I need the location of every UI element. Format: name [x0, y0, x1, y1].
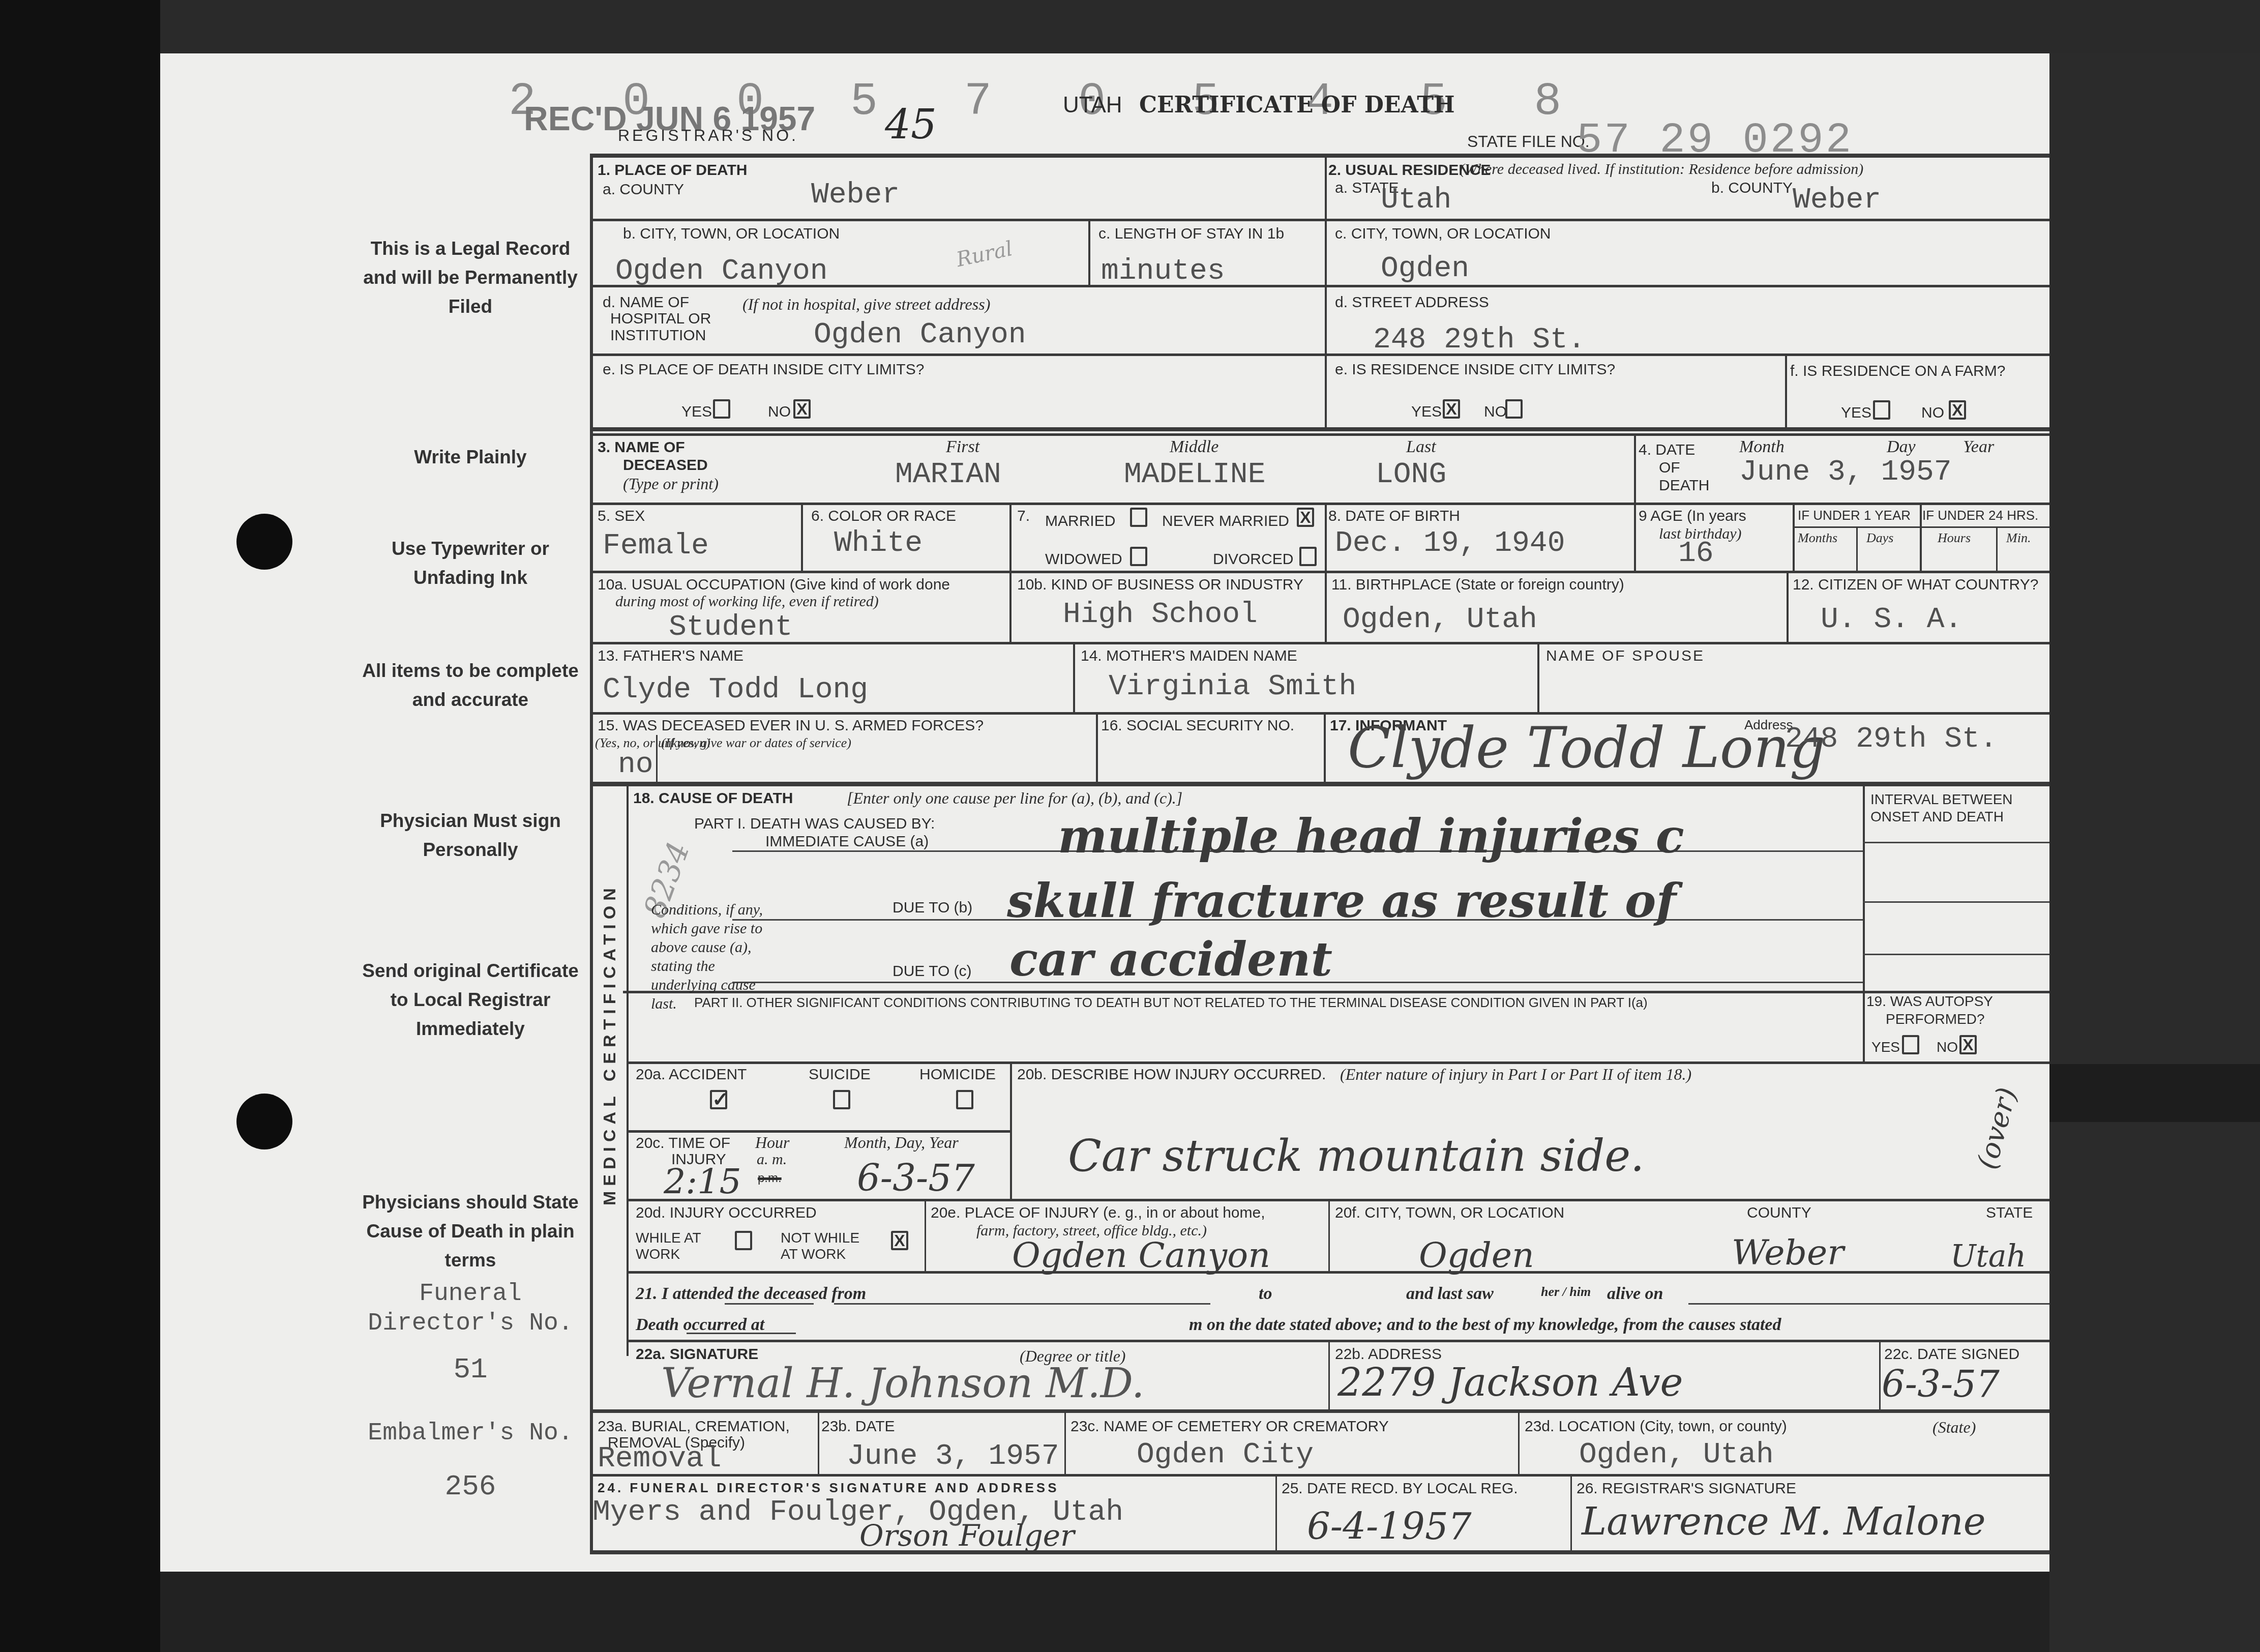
divider	[1325, 571, 1327, 642]
divider	[590, 712, 2049, 715]
middle-name-field[interactable]: MADELINE	[1124, 460, 1265, 490]
divider	[590, 353, 2049, 356]
residence-street-field[interactable]: 248 29th St.	[1373, 326, 1586, 355]
place-inside-city-yes-checkbox[interactable]	[713, 399, 730, 419]
no-label: NO	[768, 404, 791, 420]
hours-label: Hours	[1938, 532, 1971, 545]
occupation-label-2: during most of working life, even if ret…	[615, 594, 879, 609]
yes-label: YES	[681, 404, 712, 420]
cause-b-field[interactable]: skull fracture as result of	[1007, 877, 1676, 924]
race-field[interactable]: White	[834, 529, 923, 558]
informant-address-field[interactable]: 248 29th St.	[1785, 725, 1998, 754]
interval-label: INTERVAL BETWEEN ONSET AND DEATH	[1870, 791, 2043, 825]
hour-label: Hour	[755, 1134, 790, 1150]
farm-label: f. IS RESIDENCE ON A FARM?	[1790, 364, 2005, 379]
month-label: Month	[1739, 438, 1785, 456]
divider	[627, 1061, 2049, 1064]
date-recd-label: 25. DATE RECD. BY LOCAL REG.	[1282, 1481, 1518, 1496]
accident-checkbox[interactable]: ✓	[710, 1090, 727, 1109]
date-signed-label: 22c. DATE SIGNED	[1884, 1347, 2019, 1362]
describe-field[interactable]: Car struck mountain side.	[1068, 1134, 1644, 1178]
time-label-1: 20c. TIME OF	[636, 1136, 730, 1151]
institution-label-2: HOSPITAL OR	[610, 311, 711, 327]
document-title: CERTIFICATE OF DEATH	[1139, 94, 1454, 116]
marital-label: 7.	[1017, 509, 1030, 524]
married-checkbox[interactable]	[1130, 508, 1147, 527]
death-occurred-tail: m on the date stated above; and to the b…	[1189, 1316, 1781, 1334]
divider	[1793, 526, 2049, 528]
no-label: NO	[1484, 404, 1507, 420]
alive-on-label: alive on	[1607, 1285, 1663, 1303]
funeral-director-label: 24. FUNERAL DIRECTOR'S SIGNATURE AND ADD…	[598, 1481, 1059, 1494]
age-field[interactable]: 16	[1678, 539, 1714, 569]
divider	[1856, 526, 1858, 571]
divider	[1010, 1061, 1012, 1199]
armed-forces-hint-2: (If yes, give war or dates of service)	[661, 736, 851, 750]
describe-hint: (Enter nature of injury in Part I or Par…	[1340, 1066, 1691, 1082]
never-married-label: NEVER MARRIED	[1162, 514, 1289, 529]
divider	[627, 1130, 1010, 1133]
divider	[1634, 433, 1636, 505]
due-to-c-label: DUE TO (c)	[893, 964, 972, 979]
form-border-left	[590, 154, 593, 1552]
side-note-physician-sign: Physician Must sign Personally	[356, 806, 585, 864]
birthplace-field[interactable]: Ogden, Utah	[1343, 605, 1537, 635]
punch-hole-icon	[236, 1094, 292, 1149]
last-name-field[interactable]: LONG	[1376, 460, 1446, 490]
divider	[1996, 526, 1998, 571]
dod-label-1: 4. DATE	[1639, 442, 1695, 458]
divider	[1328, 1340, 1330, 1411]
scan-background-left	[0, 0, 160, 1652]
while-at-work-label: WHILE AT WORK	[636, 1230, 702, 1262]
divider	[925, 1199, 926, 1273]
divider	[627, 1199, 2049, 1201]
attended-from-line	[725, 1303, 814, 1305]
date-of-death-field[interactable]: June 3, 1957	[1739, 458, 1952, 487]
cause-heading: 18. CAUSE OF DEATH	[633, 791, 793, 806]
cause-hint: [Enter only one cause per line for (a), …	[847, 790, 1182, 806]
divorced-label: DIVORCED	[1213, 552, 1293, 567]
institution-hint: (If not in hospital, give street address…	[742, 296, 990, 312]
father-field[interactable]: Clyde Todd Long	[603, 675, 868, 705]
registrar-signature[interactable]: Lawrence M. Malone	[1582, 1503, 1986, 1541]
physician-signature[interactable]: Vernal H. Johnson M.D.	[661, 1363, 1144, 1404]
autopsy-yes-checkbox[interactable]	[1902, 1035, 1919, 1054]
divider	[1073, 642, 1075, 713]
father-label: 13. FATHER'S NAME	[598, 648, 744, 664]
not-while-at-work-label: NOT WHILE AT WORK	[781, 1230, 862, 1262]
side-note-cause-plain-terms: Physicians should State Cause of Death i…	[356, 1188, 585, 1275]
stay-field[interactable]: minutes	[1101, 257, 1225, 286]
name-label-3: (Type or print)	[623, 476, 719, 492]
divider	[590, 503, 2049, 505]
residence-city-label: c. CITY, TOWN, OR LOCATION	[1335, 226, 1551, 242]
physician-address-field[interactable]: 2279 Jackson Ave	[1337, 1363, 1683, 1402]
divider	[818, 1413, 819, 1474]
injury-city-field[interactable]: Ogden	[1419, 1238, 1534, 1273]
death-occurred-label: Death occurred at	[636, 1316, 764, 1334]
no-label: NO	[1937, 1040, 1958, 1054]
divider	[1009, 503, 1012, 571]
no-label: NO	[1921, 405, 1944, 421]
scan-background-right	[2049, 53, 2260, 1652]
injury-state-field[interactable]: Utah	[1950, 1241, 2026, 1272]
registrar-signature-label: 26. REGISTRAR'S SIGNATURE	[1577, 1481, 1796, 1496]
name-label-1: 3. NAME OF	[598, 440, 685, 455]
divider	[1863, 786, 1865, 1064]
divider	[1570, 1474, 1572, 1550]
due-to-b-label: DUE TO (b)	[893, 900, 972, 916]
homicide-checkbox[interactable]	[956, 1090, 973, 1109]
place-of-death-heading: 1. PLACE OF DEATH	[598, 163, 747, 178]
attended-label-1: 21. I attended the deceased from	[636, 1285, 866, 1303]
registrars-no-label: REGISTRAR'S NO.	[618, 127, 798, 143]
divider	[1787, 571, 1789, 642]
divider	[1518, 1413, 1520, 1474]
disposition-state-label: (State)	[1932, 1419, 1976, 1435]
place-county-field[interactable]: Weber	[811, 181, 900, 210]
medical-certification-label: MEDICAL CERTIFICATION	[600, 883, 620, 1205]
funeral-director-no: 51	[356, 1355, 585, 1384]
side-note-complete: All items to be complete and accurate	[356, 656, 585, 714]
citizen-label: 12. CITIZEN OF WHAT COUNTRY?	[1793, 577, 2038, 593]
divider	[1325, 503, 1327, 571]
place-inside-city-no-checkbox[interactable]: X	[793, 399, 811, 419]
form-border-bottom	[590, 1550, 2049, 1554]
suicide-checkbox[interactable]	[833, 1090, 850, 1109]
divider	[1793, 503, 1795, 571]
yes-label: YES	[1411, 404, 1442, 420]
year-label: Year	[1963, 438, 1994, 456]
divorced-checkbox[interactable]	[1299, 547, 1317, 566]
scan-background-top	[160, 0, 2260, 53]
mother-label: 14. MOTHER'S MAIDEN NAME	[1081, 648, 1297, 664]
farm-yes-checkbox[interactable]	[1873, 400, 1890, 420]
inside-city-label: e. IS PLACE OF DEATH INSIDE CITY LIMITS?	[603, 362, 924, 377]
divider	[627, 786, 629, 1356]
divider	[1634, 503, 1636, 571]
dob-field[interactable]: Dec. 19, 1940	[1335, 529, 1565, 558]
divider	[1920, 503, 1922, 571]
divider	[1863, 842, 2049, 843]
first-name-field[interactable]: MARIAN	[895, 460, 1001, 490]
industry-field[interactable]: High School	[1063, 600, 1258, 630]
her-him-label: her / him	[1541, 1285, 1591, 1299]
industry-label: 10b. KIND OF BUSINESS OR INDUSTRY	[1017, 577, 1303, 593]
birthplace-label: 11. BIRTHPLACE (State or foreign country…	[1331, 577, 1624, 593]
armed-forces-field[interactable]: no	[618, 750, 653, 780]
autopsy-label-1: 19. WAS AUTOPSY	[1866, 994, 1993, 1009]
suicide-label: SUICIDE	[809, 1067, 871, 1082]
side-note-legal-record: This is a Legal Record and will be Perma…	[356, 234, 585, 321]
divider	[590, 433, 2049, 436]
divider	[590, 219, 1325, 221]
dod-label-2: OF	[1659, 460, 1680, 476]
autopsy-label-2: PERFORMED?	[1886, 1012, 1984, 1026]
burial-field[interactable]: Removal	[598, 1444, 722, 1474]
divider	[1009, 571, 1012, 642]
armed-forces-label: 15. WAS DECEASED EVER IN U. S. ARMED FOR…	[598, 718, 984, 733]
months-label: Months	[1798, 532, 1837, 545]
residence-inside-city-no-checkbox[interactable]	[1505, 399, 1523, 419]
days-label: Days	[1866, 532, 1893, 545]
cemetery-field[interactable]: Ogden City	[1137, 1440, 1314, 1470]
divider	[590, 642, 2049, 644]
disposition-date-label: 23b. DATE	[821, 1419, 895, 1434]
place-city-field[interactable]: Ogden Canyon	[615, 257, 828, 286]
divider	[801, 503, 803, 571]
residence-inside-city-label: e. IS RESIDENCE INSIDE CITY LIMITS?	[1335, 362, 1615, 377]
alive-on-line	[1688, 1303, 2049, 1305]
dob-label: 8. DATE OF BIRTH	[1328, 509, 1460, 524]
describe-label: 20b. DESCRIBE HOW INJURY OCCURRED.	[1017, 1067, 1326, 1082]
cause-a-field[interactable]: multiple head injuries c	[1058, 813, 1684, 860]
accident-label: 20a. ACCIDENT	[636, 1067, 747, 1082]
citizen-field[interactable]: U. S. A.	[1821, 605, 1962, 635]
last-label: Last	[1406, 438, 1436, 456]
cause-c-field[interactable]: car accident	[1009, 936, 1332, 983]
usual-residence-hint: (Where deceased lived. If institution: R…	[1460, 162, 1863, 177]
day-label: Day	[1887, 438, 1916, 456]
first-label: First	[946, 438, 979, 456]
injury-state-label: STATE	[1986, 1205, 2033, 1221]
residence-county-label: b. COUNTY	[1711, 181, 1793, 196]
divider	[1275, 1474, 1277, 1550]
attended-to-line	[834, 1303, 1210, 1305]
residence-city-field[interactable]: Ogden	[1381, 254, 1469, 284]
divider	[623, 991, 2049, 993]
race-label: 6. COLOR OR RACE	[811, 509, 956, 524]
divider	[1096, 712, 1098, 783]
yes-label: YES	[1871, 1040, 1900, 1054]
scan-background-bottom	[160, 1572, 2260, 1652]
cemetery-label: 23c. NAME OF CEMETERY OR CREMATORY	[1070, 1419, 1389, 1434]
punch-hole-icon	[236, 514, 292, 570]
time-of-injury-field[interactable]: 2:15	[664, 1165, 741, 1199]
funeral-director-signature[interactable]: Orson Foulger	[859, 1521, 1075, 1550]
divider	[1324, 712, 1326, 783]
ssn-label: 16. SOCIAL SECURITY NO.	[1101, 718, 1294, 733]
divider	[590, 1409, 2049, 1413]
divider	[1863, 901, 2049, 903]
divider	[1879, 1340, 1881, 1411]
name-label-2: DECEASED	[623, 458, 708, 473]
dod-label-3: DEATH	[1659, 478, 1709, 493]
sex-field[interactable]: Female	[603, 532, 709, 561]
divider	[1537, 642, 1539, 713]
spouse-label: NAME OF SPOUSE	[1546, 648, 1705, 664]
yes-label: YES	[1841, 405, 1871, 421]
divider	[590, 782, 2049, 786]
sex-label: 5. SEX	[598, 509, 645, 524]
form-border-top	[590, 154, 2049, 158]
min-label: Min.	[2006, 532, 2031, 545]
divider	[590, 427, 2049, 431]
middle-label: Middle	[1170, 438, 1218, 456]
under-1-year-label: IF UNDER 1 YEAR	[1798, 509, 1911, 522]
county-label: a. COUNTY	[603, 182, 684, 197]
divider	[590, 571, 2049, 573]
while-at-work-checkbox[interactable]	[735, 1231, 752, 1250]
divider	[1064, 1413, 1066, 1474]
funeral-director-no-label: Funeral Director's No.	[356, 1279, 585, 1338]
side-note-write-plainly: Write Plainly	[356, 442, 585, 471]
place-of-injury-field[interactable]: Ogden Canyon	[1012, 1238, 1270, 1273]
part1-label: PART I. DEATH WAS CAUSED BY:	[694, 816, 935, 832]
age-label-1: 9 AGE (In years	[1639, 509, 1746, 524]
divider	[1325, 219, 2049, 221]
immediate-cause-label: IMMEDIATE CAUSE (a)	[765, 834, 929, 849]
injury-city-label: 20f. CITY, TOWN, OR LOCATION	[1335, 1205, 1564, 1221]
autopsy-no-checkbox[interactable]: X	[1959, 1035, 1977, 1054]
embalmer-no-label: Embalmer's No.	[356, 1419, 585, 1448]
injury-occurred-label: 20d. INJURY OCCURRED	[636, 1205, 817, 1221]
place-of-injury-label-1: 20e. PLACE OF INJURY (e. g., in or about…	[931, 1205, 1265, 1221]
attended-label-2: and last saw	[1406, 1285, 1494, 1303]
occupation-label-1: 10a. USUAL OCCUPATION (Give kind of work…	[598, 577, 950, 593]
scan-background-band	[2049, 1064, 2260, 1122]
embalmer-no: 256	[356, 1472, 585, 1501]
divider	[1328, 1199, 1330, 1273]
city-label: b. CITY, TOWN, OR LOCATION	[623, 226, 840, 242]
ampm-label: a. m.	[757, 1152, 787, 1167]
injury-county-label: COUNTY	[1747, 1205, 1811, 1221]
mdy-label: Month, Day, Year	[844, 1134, 959, 1150]
occupation-field[interactable]: Student	[669, 613, 793, 642]
side-note-typewriter: Use Typewriter or Unfading Ink	[356, 534, 585, 592]
street-label: d. STREET ADDRESS	[1335, 295, 1489, 310]
injury-county-field[interactable]: Weber	[1732, 1236, 1844, 1271]
attended-to-label: to	[1259, 1285, 1272, 1303]
divider	[1088, 219, 1090, 285]
disposition-location-field[interactable]: Ogden, Utah	[1579, 1440, 1774, 1470]
mother-field[interactable]: Virginia Smith	[1109, 672, 1356, 702]
divider	[627, 1340, 2049, 1342]
under-24-hrs-label: IF UNDER 24 HRS.	[1922, 509, 2038, 522]
institution-label-3: INSTITUTION	[610, 328, 706, 343]
residence-state-field[interactable]: Utah	[1381, 186, 1451, 215]
disposition-date-field[interactable]: June 3, 1957	[847, 1442, 1059, 1471]
divider	[1785, 353, 1787, 430]
farm-no-checkbox[interactable]: X	[1949, 400, 1966, 420]
never-married-checkbox[interactable]: X	[1297, 508, 1314, 527]
injury-date-field[interactable]: 6-3-57	[857, 1160, 975, 1196]
disposition-location-label: 23d. LOCATION (City, town, or county)	[1525, 1419, 1787, 1434]
divider	[1325, 154, 1327, 428]
homicide-label: HOMICIDE	[919, 1067, 996, 1082]
pm-struck: p.m.	[758, 1172, 782, 1185]
institution-label-1: d. NAME OF	[603, 295, 689, 310]
married-label: MARRIED	[1045, 514, 1115, 529]
stay-label: c. LENGTH OF STAY IN 1b	[1098, 226, 1284, 242]
title-prefix: UTAH	[1063, 94, 1122, 116]
registrars-no: 45	[885, 104, 937, 145]
burial-label-1: 23a. BURIAL, CREMATION,	[598, 1419, 790, 1434]
institution-field[interactable]: Ogden Canyon	[814, 320, 1026, 350]
divider	[590, 1474, 2049, 1477]
widowed-checkbox[interactable]	[1130, 547, 1147, 566]
part2-label: PART II. OTHER SIGNIFICANT CONDITIONS CO…	[694, 996, 1648, 1009]
widowed-label: WIDOWED	[1045, 552, 1122, 567]
residence-inside-city-yes-checkbox[interactable]: X	[1443, 399, 1460, 419]
date-recd-field[interactable]: 6-4-1957	[1307, 1508, 1472, 1545]
residence-county-field[interactable]: Weber	[1793, 186, 1881, 215]
state-file-no-label: STATE FILE NO.	[1467, 133, 1590, 150]
side-note-send-original: Send original Certificate to Local Regis…	[356, 956, 585, 1043]
date-signed-field[interactable]: 6-3-57	[1882, 1366, 2000, 1402]
not-while-at-work-checkbox[interactable]: X	[891, 1231, 908, 1250]
divider	[1863, 954, 2049, 955]
